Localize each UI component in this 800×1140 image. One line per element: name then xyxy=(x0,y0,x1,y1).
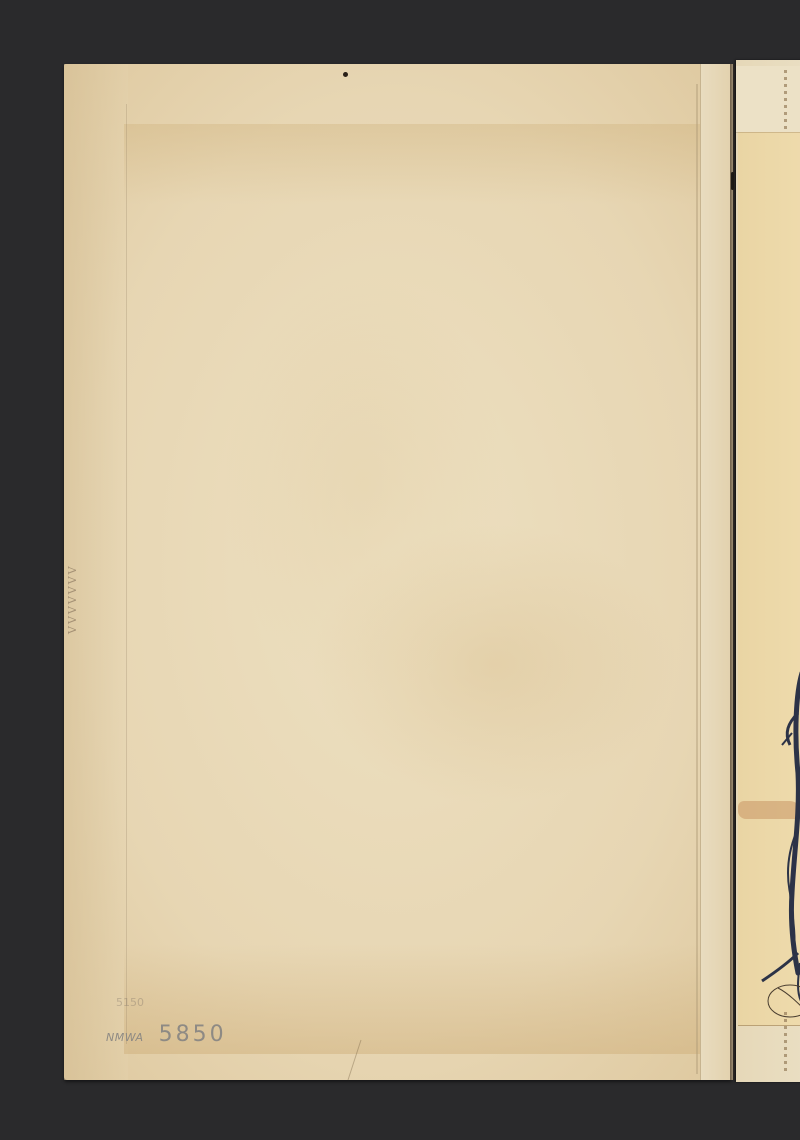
facing-top-strip xyxy=(736,66,800,133)
facing-sheet xyxy=(738,132,800,1026)
accession-prefix: NMWA xyxy=(106,1031,144,1044)
document-page: VVVVVVV 5150 NMWA 5850 xyxy=(64,64,732,1080)
gutter-tear xyxy=(731,172,734,190)
stitching-bottom xyxy=(784,1012,787,1072)
stitching-top xyxy=(784,70,787,130)
ink-drawing xyxy=(738,133,800,1025)
page-right-margin-fold xyxy=(700,64,733,1080)
facing-page xyxy=(736,60,800,1082)
faint-pencil-notation: 5150 xyxy=(116,996,144,1009)
accession-notation: NMWA 5850 xyxy=(106,1022,227,1047)
foxing-stain-top xyxy=(124,124,704,204)
page-fold-line-left xyxy=(126,104,127,1044)
accession-number: 5850 xyxy=(159,1022,227,1047)
spine-marks: VVVVVVV xyxy=(66,484,80,634)
pin-hole xyxy=(343,72,348,77)
page-fold-line-right xyxy=(696,84,698,1074)
